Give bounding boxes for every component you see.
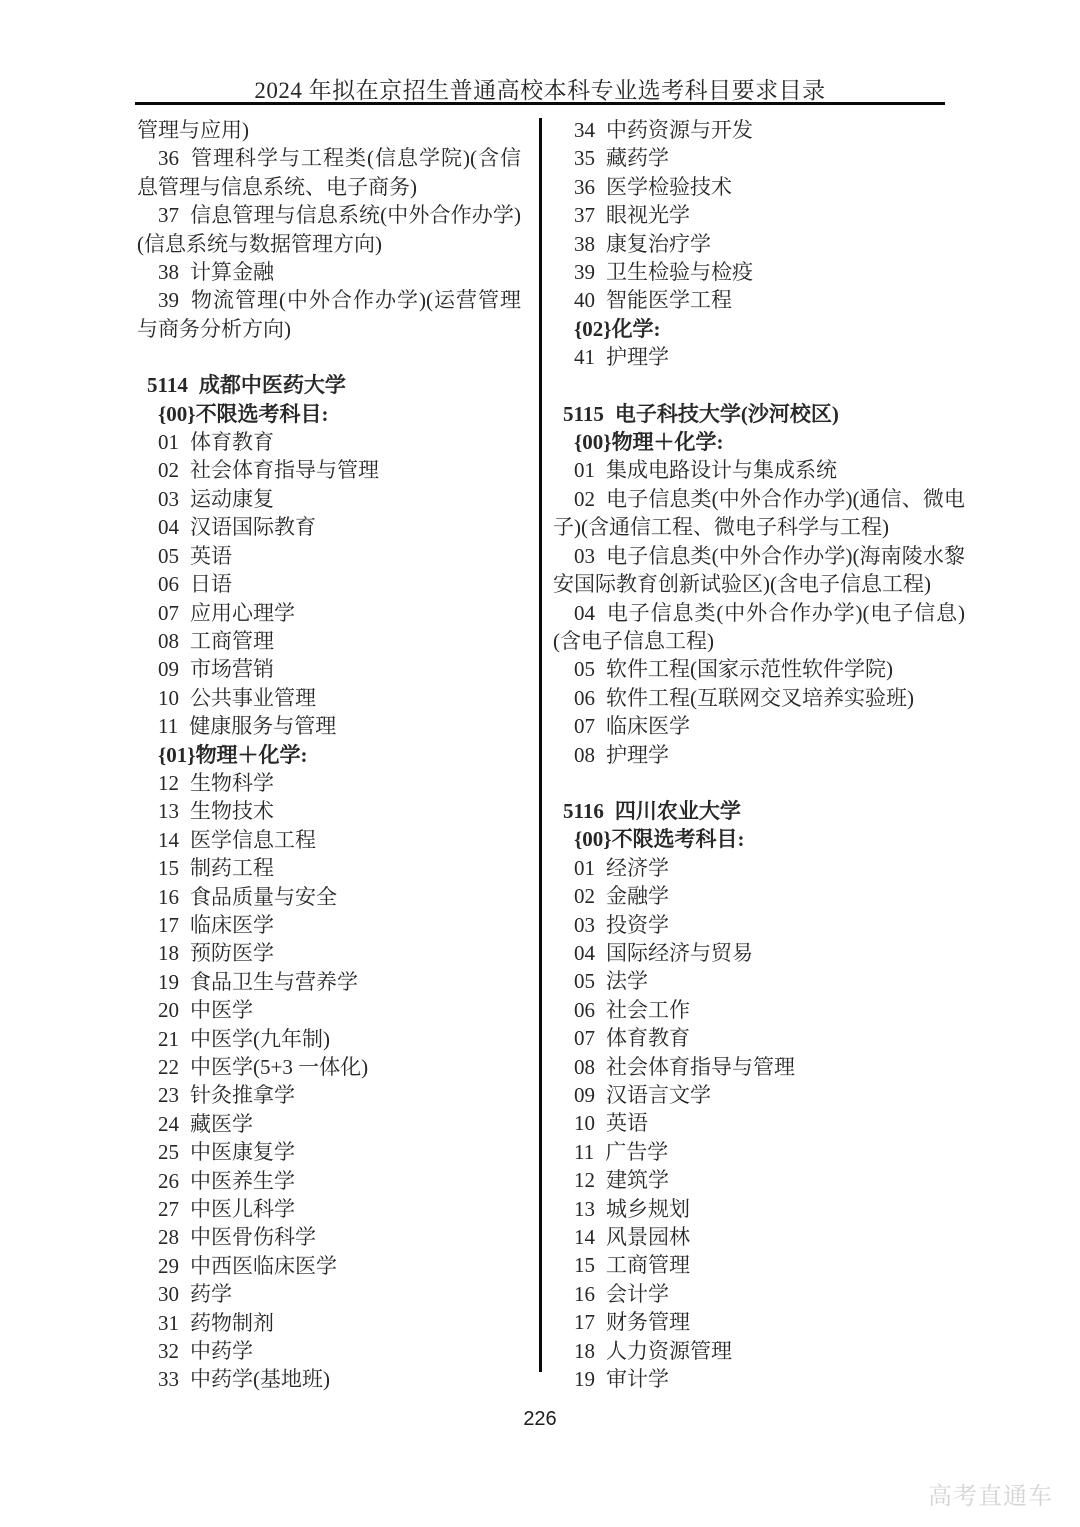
item-label: 食品质量与安全 — [190, 885, 337, 909]
item-label: 城乡规划 — [606, 1197, 690, 1221]
item-code: 25 — [158, 1140, 179, 1164]
item-code: 30 — [158, 1282, 179, 1306]
item-label: 电子信息类(中外合作办学)(海南陵水黎安国际教育创新试验区)(含电子信息工程) — [553, 544, 965, 596]
university-code: 5114 — [147, 373, 188, 397]
major-item: 17财务管理 — [553, 1308, 965, 1336]
item-label: 日语 — [190, 572, 232, 596]
major-item: 37眼视光学 — [553, 201, 965, 229]
item-code: 13 — [158, 799, 179, 823]
major-item: 04汉语国际教育 — [137, 513, 521, 541]
item-label: 生物科学 — [190, 771, 274, 795]
item-label: 临床医学 — [606, 714, 690, 738]
right-column: 34中药资源与开发35藏药学36医学检验技术37眼视光学38康复治疗学39卫生检… — [553, 116, 965, 1393]
item-code: 08 — [574, 743, 595, 767]
item-label: 藏药学 — [606, 146, 669, 170]
item-label: 建筑学 — [606, 1168, 669, 1192]
item-label: 金融学 — [606, 884, 669, 908]
item-label: 集成电路设计与集成系统 — [606, 458, 837, 482]
item-label: 中医康复学 — [190, 1140, 295, 1164]
item-code: 38 — [574, 232, 595, 256]
item-code: 24 — [158, 1112, 179, 1136]
major-item: 12生物科学 — [137, 769, 521, 797]
item-label: 中医养生学 — [190, 1169, 295, 1193]
item-code: 27 — [158, 1197, 179, 1221]
subject-group-header: {01}物理＋化学: — [137, 741, 521, 769]
major-item: 07临床医学 — [553, 712, 965, 740]
major-item: 17临床医学 — [137, 911, 521, 939]
wrapped-text-line: 管理与应用) — [137, 116, 521, 144]
item-label: 运动康复 — [190, 487, 274, 511]
item-label: 法学 — [606, 969, 648, 993]
item-label: 中药学(基地班) — [190, 1367, 330, 1391]
major-item: 14医学信息工程 — [137, 826, 521, 854]
item-label: 化学: — [612, 317, 661, 341]
item-code: 02 — [574, 487, 595, 511]
major-item: 13生物技术 — [137, 797, 521, 825]
item-code: 07 — [574, 714, 595, 738]
item-label: 中药学 — [190, 1339, 253, 1363]
item-code: 04 — [574, 941, 595, 965]
item-label: 护理学 — [606, 345, 669, 369]
item-label: 电子信息类(中外合作办学)(电子信息)(含电子信息工程) — [553, 601, 965, 653]
item-label: 公共事业管理 — [190, 686, 316, 710]
item-label: 投资学 — [606, 913, 669, 937]
university-header: 5114成都中医药大学 — [137, 371, 521, 399]
item-code: 37 — [574, 203, 595, 227]
item-label: 管理科学与工程类(信息学院)(含信息管理与信息系统、电子商务) — [137, 146, 521, 198]
item-label: 中药资源与开发 — [606, 118, 753, 142]
item-label: 管理与应用) — [137, 118, 249, 142]
major-item: 16食品质量与安全 — [137, 883, 521, 911]
item-label: 药学 — [190, 1282, 232, 1306]
major-item: 02社会体育指导与管理 — [137, 456, 521, 484]
column-divider — [539, 118, 542, 1372]
major-item: 31药物制剂 — [137, 1309, 521, 1337]
major-item: 05法学 — [553, 967, 965, 995]
item-label: 国际经济与贸易 — [606, 941, 753, 965]
major-item: 36医学检验技术 — [553, 173, 965, 201]
item-code: 12 — [158, 771, 179, 795]
major-item: 11健康服务与管理 — [137, 712, 521, 740]
item-label: 卫生检验与检疫 — [606, 260, 753, 284]
major-item: 08工商管理 — [137, 627, 521, 655]
item-label: 不限选考科目: — [196, 402, 329, 426]
major-item: 05软件工程(国家示范性软件学院) — [553, 655, 965, 683]
major-item: 39物流管理(中外合作办学)(运营管理与商务分析方向) — [137, 286, 521, 343]
major-item: 02电子信息类(中外合作办学)(通信、微电子)(含通信工程、微电子科学与工程) — [553, 485, 965, 542]
university-name: 四川农业大学 — [615, 799, 741, 823]
item-label: 针灸推拿学 — [190, 1083, 295, 1107]
item-code: 07 — [158, 601, 179, 625]
major-item: 30药学 — [137, 1280, 521, 1308]
major-item: 04电子信息类(中外合作办学)(电子信息)(含电子信息工程) — [553, 599, 965, 656]
major-item: 34中药资源与开发 — [553, 116, 965, 144]
major-item: 10英语 — [553, 1109, 965, 1137]
item-label: 医学检验技术 — [606, 175, 732, 199]
major-item: 01体育教育 — [137, 428, 521, 456]
item-code: 17 — [158, 913, 179, 937]
item-code: 03 — [158, 487, 179, 511]
university-name: 电子科技大学(沙河校区) — [615, 402, 839, 426]
item-label: 汉语国际教育 — [190, 515, 316, 539]
item-code: 16 — [158, 885, 179, 909]
item-label: 物流管理(中外合作办学)(运营管理与商务分析方向) — [137, 288, 521, 340]
item-code: 01 — [158, 430, 179, 454]
item-code: 08 — [158, 629, 179, 653]
major-item: 06日语 — [137, 570, 521, 598]
item-label: 社会工作 — [606, 998, 690, 1022]
item-label: 食品卫生与营养学 — [190, 970, 358, 994]
item-label: 软件工程(互联网交叉培养实验班) — [606, 686, 914, 710]
item-label: 计算金融 — [190, 260, 274, 284]
major-item: 04国际经济与贸易 — [553, 939, 965, 967]
item-code: 07 — [574, 1026, 595, 1050]
major-item: 26中医养生学 — [137, 1167, 521, 1195]
item-label: 汉语言文学 — [606, 1083, 711, 1107]
major-item: 38康复治疗学 — [553, 230, 965, 258]
item-label: 社会体育指导与管理 — [190, 458, 379, 482]
item-code: 14 — [574, 1225, 595, 1249]
item-code: 37 — [158, 203, 179, 227]
major-item: 32中药学 — [137, 1337, 521, 1365]
major-item: 03电子信息类(中外合作办学)(海南陵水黎安国际教育创新试验区)(含电子信息工程… — [553, 542, 965, 599]
item-code: 12 — [574, 1168, 595, 1192]
item-label: 中医学(5+3 一体化) — [190, 1055, 368, 1079]
item-code: 31 — [158, 1311, 179, 1335]
item-code: 04 — [158, 515, 179, 539]
item-label: 人力资源管理 — [606, 1339, 732, 1363]
item-label: 体育教育 — [606, 1026, 690, 1050]
university-header: 5116四川农业大学 — [553, 797, 965, 825]
item-label: 生物技术 — [190, 799, 274, 823]
item-label: 物理＋化学: — [196, 743, 308, 767]
item-code: 39 — [158, 288, 179, 312]
major-item: 36管理科学与工程类(信息学院)(含信息管理与信息系统、电子商务) — [137, 144, 521, 201]
item-code: 01 — [574, 856, 595, 880]
item-code: 03 — [574, 544, 595, 568]
major-item: 35藏药学 — [553, 144, 965, 172]
item-code: 11 — [158, 714, 178, 738]
item-code: 02 — [158, 458, 179, 482]
item-label: 中医骨伤科学 — [190, 1225, 316, 1249]
item-code: 02 — [574, 884, 595, 908]
item-code: 06 — [574, 686, 595, 710]
major-item: 16会计学 — [553, 1280, 965, 1308]
major-item: 37信息管理与信息系统(中外合作办学)(信息系统与数据管理方向) — [137, 201, 521, 258]
item-code: 03 — [574, 913, 595, 937]
item-code: 05 — [574, 657, 595, 681]
major-item: 07应用心理学 — [137, 599, 521, 627]
major-item: 29中西医临床医学 — [137, 1252, 521, 1280]
item-code: 20 — [158, 998, 179, 1022]
major-item: 40智能医学工程 — [553, 286, 965, 314]
university-header: 5115电子科技大学(沙河校区) — [553, 400, 965, 428]
item-label: 审计学 — [606, 1367, 669, 1391]
major-item: 09市场营销 — [137, 655, 521, 683]
item-code: 17 — [574, 1310, 595, 1334]
item-code: 11 — [574, 1140, 594, 1164]
major-item: 14风景园林 — [553, 1223, 965, 1251]
major-item: 09汉语言文学 — [553, 1081, 965, 1109]
major-item: 20中医学 — [137, 996, 521, 1024]
item-label: 软件工程(国家示范性软件学院) — [606, 657, 893, 681]
page-title: 2024 年拟在京招生普通高校本科专业选考科目要求目录 — [0, 72, 1080, 105]
major-item: 15制药工程 — [137, 854, 521, 882]
item-code: 29 — [158, 1254, 179, 1278]
university-code: 5116 — [563, 799, 604, 823]
major-item: 18人力资源管理 — [553, 1337, 965, 1365]
major-item: 07体育教育 — [553, 1024, 965, 1052]
item-code: 16 — [574, 1282, 595, 1306]
item-label: 财务管理 — [606, 1310, 690, 1334]
major-item: 41护理学 — [553, 343, 965, 371]
item-code: 18 — [158, 941, 179, 965]
left-column: 管理与应用)36管理科学与工程类(信息学院)(含信息管理与信息系统、电子商务)3… — [137, 116, 521, 1394]
major-item: 06软件工程(互联网交叉培养实验班) — [553, 684, 965, 712]
item-label: 临床医学 — [190, 913, 274, 937]
major-item: 08护理学 — [553, 741, 965, 769]
major-item: 24藏医学 — [137, 1110, 521, 1138]
item-label: 体育教育 — [190, 430, 274, 454]
item-label: 智能医学工程 — [606, 288, 732, 312]
item-code: 34 — [574, 118, 595, 142]
item-code: 41 — [574, 345, 595, 369]
major-item: 19审计学 — [553, 1365, 965, 1393]
major-item: 12建筑学 — [553, 1166, 965, 1194]
item-code: 40 — [574, 288, 595, 312]
major-item: 15工商管理 — [553, 1251, 965, 1279]
watermark: 高考直通车 — [928, 1476, 1053, 1511]
item-label: 广告学 — [605, 1140, 668, 1164]
item-label: 藏医学 — [190, 1112, 253, 1136]
item-label: 眼视光学 — [606, 203, 690, 227]
item-code: 09 — [574, 1083, 595, 1107]
item-label: 预防医学 — [190, 941, 274, 965]
item-label: 制药工程 — [190, 856, 274, 880]
document-page: 2024 年拟在京招生普通高校本科专业选考科目要求目录 管理与应用)36管理科学… — [0, 0, 1080, 1527]
major-item: 38计算金融 — [137, 258, 521, 286]
item-label: 市场营销 — [190, 657, 274, 681]
item-code: 26 — [158, 1169, 179, 1193]
major-item: 01经济学 — [553, 854, 965, 882]
item-code: 21 — [158, 1027, 179, 1051]
item-label: 电子信息类(中外合作办学)(通信、微电子)(含通信工程、微电子科学与工程) — [553, 487, 965, 539]
item-code: 15 — [574, 1253, 595, 1277]
item-code: 06 — [158, 572, 179, 596]
item-label: 风景园林 — [606, 1225, 690, 1249]
subject-group-header: {00}不限选考科目: — [137, 400, 521, 428]
item-code: 10 — [574, 1111, 595, 1135]
major-item: 28中医骨伤科学 — [137, 1223, 521, 1251]
item-code: 19 — [158, 970, 179, 994]
item-label: 工商管理 — [190, 629, 274, 653]
major-item: 11广告学 — [553, 1138, 965, 1166]
item-label: 药物制剂 — [190, 1311, 274, 1335]
item-label: 物理＋化学: — [612, 430, 724, 454]
subject-group-header: {02}化学: — [553, 315, 965, 343]
item-code: 39 — [574, 260, 595, 284]
major-item: 22中医学(5+3 一体化) — [137, 1053, 521, 1081]
major-item: 08社会体育指导与管理 — [553, 1053, 965, 1081]
item-code: 36 — [158, 146, 179, 170]
item-code: 04 — [574, 601, 595, 625]
major-item: 39卫生检验与检疫 — [553, 258, 965, 286]
item-code: 32 — [158, 1339, 179, 1363]
item-code: 28 — [158, 1225, 179, 1249]
item-label: 中医学(九年制) — [190, 1027, 330, 1051]
item-code: 23 — [158, 1083, 179, 1107]
item-code: 15 — [158, 856, 179, 880]
item-code: 08 — [574, 1055, 595, 1079]
item-code: {00} — [574, 430, 612, 454]
item-code: 09 — [158, 657, 179, 681]
major-item: 19食品卫生与营养学 — [137, 968, 521, 996]
item-code: 14 — [158, 828, 179, 852]
item-code: 36 — [574, 175, 595, 199]
item-code: {00} — [158, 402, 196, 426]
university-name: 成都中医药大学 — [199, 373, 346, 397]
major-item: 27中医儿科学 — [137, 1195, 521, 1223]
header-rule — [135, 102, 945, 105]
major-item: 03投资学 — [553, 911, 965, 939]
item-code: 38 — [158, 260, 179, 284]
major-item: 01集成电路设计与集成系统 — [553, 456, 965, 484]
item-label: 信息管理与信息系统(中外合作办学)(信息系统与数据管理方向) — [137, 203, 521, 255]
major-item: 03运动康复 — [137, 485, 521, 513]
item-code: 33 — [158, 1367, 179, 1391]
item-label: 中医儿科学 — [190, 1197, 295, 1221]
major-item: 25中医康复学 — [137, 1138, 521, 1166]
item-label: 会计学 — [606, 1282, 669, 1306]
item-code: 22 — [158, 1055, 179, 1079]
item-code: 10 — [158, 686, 179, 710]
item-code: 06 — [574, 998, 595, 1022]
major-item: 23针灸推拿学 — [137, 1081, 521, 1109]
subject-group-header: {00}物理＋化学: — [553, 428, 965, 456]
major-item: 21中医学(九年制) — [137, 1025, 521, 1053]
item-label: 康复治疗学 — [606, 232, 711, 256]
major-item: 18预防医学 — [137, 939, 521, 967]
major-item: 33中药学(基地班) — [137, 1365, 521, 1393]
item-label: 工商管理 — [606, 1253, 690, 1277]
item-label: 英语 — [606, 1111, 648, 1135]
major-item: 02金融学 — [553, 882, 965, 910]
item-label: 中医学 — [190, 998, 253, 1022]
item-code: 19 — [574, 1367, 595, 1391]
item-code: 01 — [574, 458, 595, 482]
item-code: 35 — [574, 146, 595, 170]
item-code: 13 — [574, 1197, 595, 1221]
item-label: 中西医临床医学 — [190, 1254, 337, 1278]
subject-group-header: {00}不限选考科目: — [553, 825, 965, 853]
item-code: {02} — [574, 317, 612, 341]
major-item: 13城乡规划 — [553, 1195, 965, 1223]
item-label: 医学信息工程 — [190, 828, 316, 852]
item-label: 健康服务与管理 — [189, 714, 336, 738]
major-item: 06社会工作 — [553, 996, 965, 1024]
item-label: 应用心理学 — [190, 601, 295, 625]
item-code: {01} — [158, 743, 196, 767]
item-label: 社会体育指导与管理 — [606, 1055, 795, 1079]
item-label: 不限选考科目: — [612, 827, 745, 851]
item-label: 英语 — [190, 544, 232, 568]
item-code: 18 — [574, 1339, 595, 1363]
major-item: 05英语 — [137, 542, 521, 570]
page-number: 226 — [0, 1408, 1080, 1431]
item-code: 05 — [574, 969, 595, 993]
item-label: 护理学 — [606, 743, 669, 767]
item-code: {00} — [574, 827, 612, 851]
university-code: 5115 — [563, 402, 604, 426]
major-item: 10公共事业管理 — [137, 684, 521, 712]
item-label: 经济学 — [606, 856, 669, 880]
item-code: 05 — [158, 544, 179, 568]
